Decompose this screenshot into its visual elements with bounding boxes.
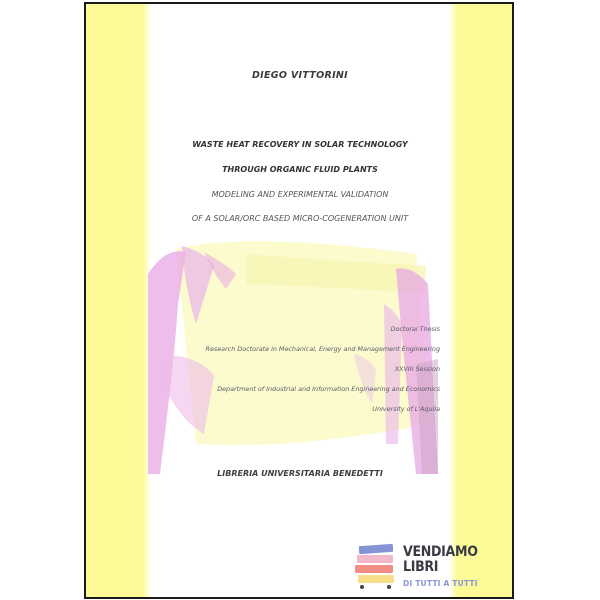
book-cover: DIEGO VITTORINI WASTE HEAT RECOVERY IN S…: [84, 2, 514, 599]
abstract-artwork: [86, 4, 512, 597]
title-line-1: WASTE HEAT RECOVERY IN SOLAR TECHNOLOGY: [143, 140, 457, 149]
subtitle-line-2: OF A SOLAR/ORC BASED MICRO-COGENERATION …: [143, 214, 457, 223]
subtitle-line-1: MODELING AND EXPERIMENTAL VALIDATION: [143, 190, 457, 199]
book-cart-icon: [355, 543, 399, 593]
logo-word-2: LIBRI: [403, 560, 438, 575]
info-university: University of L'Aquila: [372, 405, 440, 413]
logo-tagline: DI TUTTI A TUTTI: [403, 579, 478, 588]
info-session: XXVIII Session: [395, 365, 440, 373]
info-thesis-type: Doctoral Thesis: [391, 325, 440, 333]
info-doctorate: Research Doctorate in Mechanical, Energy…: [206, 345, 440, 353]
publisher-name: LIBRERIA UNIVERSITARIA BENEDETTI: [143, 469, 457, 478]
title-line-2: THROUGH ORGANIC FLUID PLANTS: [143, 165, 457, 174]
vendiamo-libri-watermark: VENDIAMO LIBRI DI TUTTI A TUTTI: [349, 537, 509, 597]
author-name: DIEGO VITTORINI: [143, 70, 457, 81]
info-department: Department of Industrial and Information…: [217, 385, 440, 393]
logo-word-1: VENDIAMO: [403, 545, 478, 560]
